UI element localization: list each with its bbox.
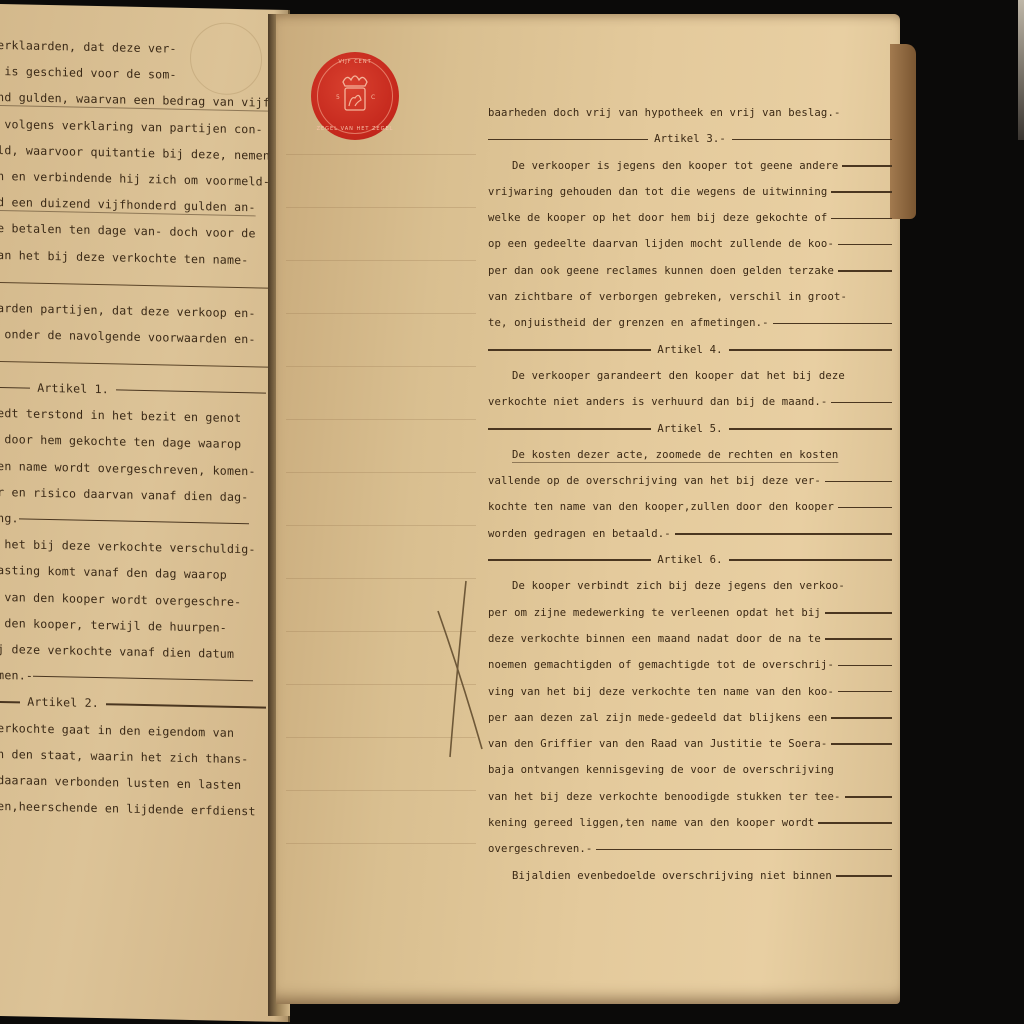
text-line: kening gereed liggen,ten name van den ko… <box>488 810 892 836</box>
text-line: De verkooper is jegens den kooper tot ge… <box>488 153 892 179</box>
text-line: welke de kooper op het door hem bij deze… <box>488 205 892 231</box>
text-line: per dan ook geene reclames kunnen doen g… <box>488 258 892 284</box>
text-line: verkochte niet anders is verhuurd dan bi… <box>488 389 892 415</box>
text-line: baarheden doch vrij van hypotheek en vri… <box>488 100 892 126</box>
ruled-margin <box>276 14 476 1004</box>
text-line: baja ontvangen kennisgeving de voor de o… <box>488 757 892 783</box>
text-line: ving van het bij deze verkochte ten name… <box>488 679 892 705</box>
text-line: vrijwaring gehouden dan tot die wegens d… <box>488 179 892 205</box>
text-line: overgeschreven.- <box>488 836 892 862</box>
text-line: van den Griffier van den Raad van Justit… <box>488 731 892 757</box>
background-light-edge <box>1018 0 1024 140</box>
text-line: vallende op de overschrijving van het bi… <box>488 468 892 494</box>
left-page: verklaarden, dat deze ver- is geschied v… <box>0 4 290 1022</box>
article-heading: Artikel 3.- <box>488 126 892 152</box>
article-heading: Artikel 6. <box>488 547 892 573</box>
right-page: VIJF CENT 5 C ZEGEL VAN HET ZEGEL baarhe… <box>276 14 900 1004</box>
text-line: kochte ten name van den kooper,zullen do… <box>488 494 892 520</box>
text-line: per om zijne medewerking te verleenen op… <box>488 600 892 626</box>
article-heading: Artikel 5. <box>488 416 892 442</box>
text-line: van zichtbare of verborgen gebreken, ver… <box>488 284 892 310</box>
text-line: deze verkochte binnen een maand nadat do… <box>488 626 892 652</box>
right-page-text: baarheden doch vrij van hypotheek en vri… <box>488 100 892 889</box>
text-line: ren,heerschende en lijdende erfdienst <box>0 795 280 827</box>
pencil-cross-mark <box>436 579 486 759</box>
text-line: op een gedeelte daarvan lijden mocht zul… <box>488 231 892 257</box>
left-page-text: verklaarden, dat deze ver- is geschied v… <box>0 34 280 827</box>
text-line: De verkooper garandeert den kooper dat h… <box>488 363 892 389</box>
text-line: De kosten dezer acte, zoomede de rechten… <box>488 442 892 468</box>
torn-page-edge <box>890 44 916 219</box>
text-line: Bijaldien evenbedoelde overschrijving ni… <box>488 863 892 889</box>
article-heading: Artikel 4. <box>488 337 892 363</box>
seal-top-text: VIJF CENT <box>311 59 399 65</box>
text-line: te, onjuistheid der grenzen en afmetinge… <box>488 310 892 336</box>
text-line: worden gedragen en betaald.- <box>488 521 892 547</box>
seal-bottom-text: ZEGEL VAN HET ZEGEL <box>311 126 399 132</box>
text-line: noemen gemachtigden of gemachtigde tot d… <box>488 652 892 678</box>
text-line: van het bij deze verkochte benoodigde st… <box>488 784 892 810</box>
text-line: per aan dezen zal zijn mede-gedeeld dat … <box>488 705 892 731</box>
text-line: De kooper verbindt zich bij deze jegens … <box>488 573 892 599</box>
revenue-seal: VIJF CENT 5 C ZEGEL VAN HET ZEGEL <box>311 52 399 140</box>
